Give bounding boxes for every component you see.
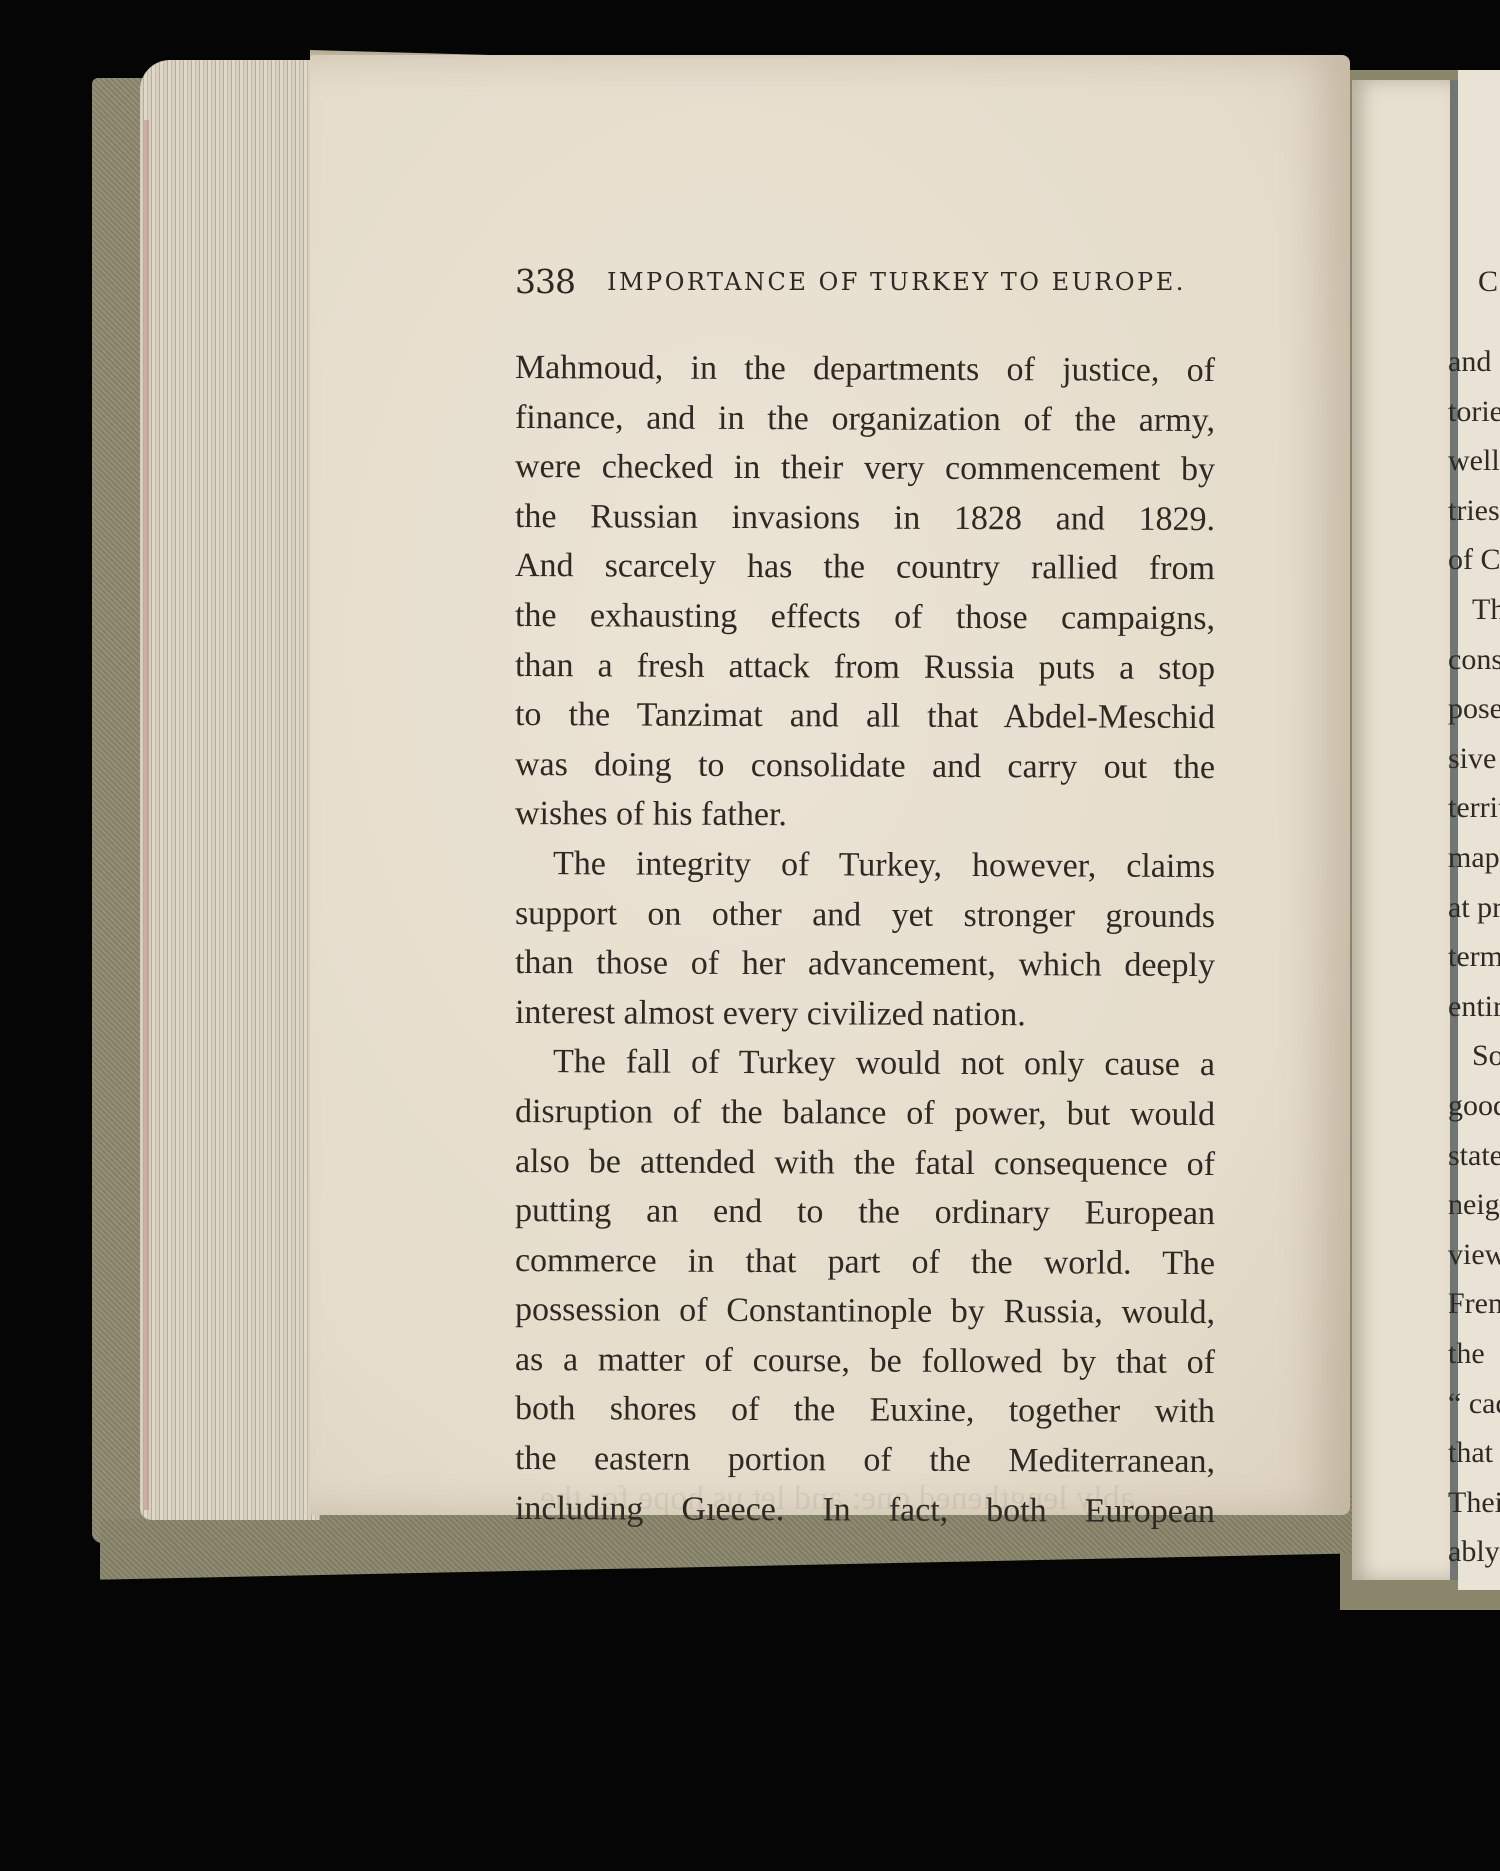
text-line: also be attended with the fatal conseque…: [515, 1137, 1215, 1190]
body-text: Mahmoud, in the departments of justice, …: [515, 343, 1215, 1533]
facing-page: Candtorieswelltries,of CoThconsoposedsiv…: [1458, 70, 1500, 1590]
facing-line-fragment: neigh: [1448, 1188, 1500, 1222]
facing-line-fragment: the: [1448, 1337, 1485, 1371]
text-line: than a fresh attack from Russia puts a s…: [515, 641, 1215, 694]
facing-line-fragment: sive: [1448, 742, 1496, 776]
facing-line-fragment: that t: [1448, 1436, 1500, 1470]
text-line: the exhausting effects of those campaign…: [515, 591, 1215, 644]
text-line: finance, and in the organization of the …: [515, 393, 1215, 446]
page-block-edges: [140, 60, 320, 1520]
facing-line-fragment: conso: [1448, 643, 1500, 677]
text-line: And scarcely has the country rallied fro…: [515, 541, 1215, 594]
running-title: IMPORTANCE OF TURKEY TO EUROPE.: [607, 268, 1186, 296]
facing-line-fragment: Frenc: [1448, 1287, 1500, 1321]
text-line: putting an end to the ordinary European: [515, 1186, 1215, 1239]
facing-line-fragment: good: [1448, 1089, 1500, 1123]
text-line: Mahmoud, in the departments of justice, …: [515, 343, 1215, 396]
facing-line-fragment: map: [1448, 841, 1500, 875]
facing-line-fragment: ably le: [1448, 1535, 1500, 1569]
facing-line-fragment: view,: [1448, 1238, 1500, 1272]
facing-line-fragment: Th: [1472, 593, 1500, 627]
text-line: as a matter of course, be followed by th…: [515, 1335, 1215, 1388]
text-line: than those of her advancement, which dee…: [515, 938, 1215, 991]
text-line: to the Tanzimat and all that Abdel-Mesch…: [515, 690, 1215, 743]
facing-header-fragment: C: [1478, 265, 1498, 299]
facing-line-fragment: and: [1448, 345, 1491, 379]
text-line: the Russian invasions in 1828 and 1829.: [515, 492, 1215, 545]
text-line: The integrity of Turkey, however, claims: [515, 839, 1215, 892]
text-line: support on other and yet stronger ground…: [515, 889, 1215, 942]
facing-line-fragment: posed: [1448, 692, 1500, 726]
text-line: were checked in their very commencement …: [515, 442, 1215, 495]
facing-line-fragment: entire: [1448, 990, 1500, 1024]
text-line: was doing to consolidate and carry out t…: [515, 740, 1215, 793]
show-through-text: ably lengthened one: and let us hope for…: [540, 1480, 1135, 1518]
facing-line-fragment: state: [1448, 1139, 1500, 1173]
text-line: commerce in that part of the world. The: [515, 1236, 1215, 1289]
running-header: 338 IMPORTANCE OF TURKEY TO EUROPE.: [515, 262, 1215, 310]
facing-line-fragment: Son: [1472, 1039, 1500, 1073]
facing-line-fragment: of Co: [1448, 543, 1500, 577]
red-edge-stain: [144, 120, 149, 1510]
text-line: The fall of Turkey would not only cause …: [515, 1037, 1215, 1090]
facing-line-fragment: tries,: [1448, 494, 1500, 528]
text-line: interest almost every civilized nation.: [515, 988, 1215, 1041]
facing-line-fragment: well: [1448, 444, 1500, 478]
page-number: 338: [515, 262, 575, 301]
facing-line-fragment: territ: [1448, 791, 1500, 825]
facing-line-fragment: at pr: [1448, 891, 1500, 925]
facing-line-fragment: terms: [1448, 940, 1500, 974]
text-line: possession of Constantinople by Russia, …: [515, 1285, 1215, 1338]
text-line: disruption of the balance of power, but …: [515, 1087, 1215, 1140]
text-line: the eastern portion of the Mediterranean…: [515, 1434, 1215, 1487]
text-line: wishes of his father.: [515, 789, 1215, 842]
facing-line-fragment: tories: [1448, 395, 1500, 429]
facing-page-gutter: [1352, 80, 1452, 1580]
facing-line-fragment: “ cada: [1448, 1387, 1500, 1421]
facing-line-fragment: Their: [1448, 1486, 1500, 1520]
text-line: both shores of the Euxine, together with: [515, 1384, 1215, 1437]
